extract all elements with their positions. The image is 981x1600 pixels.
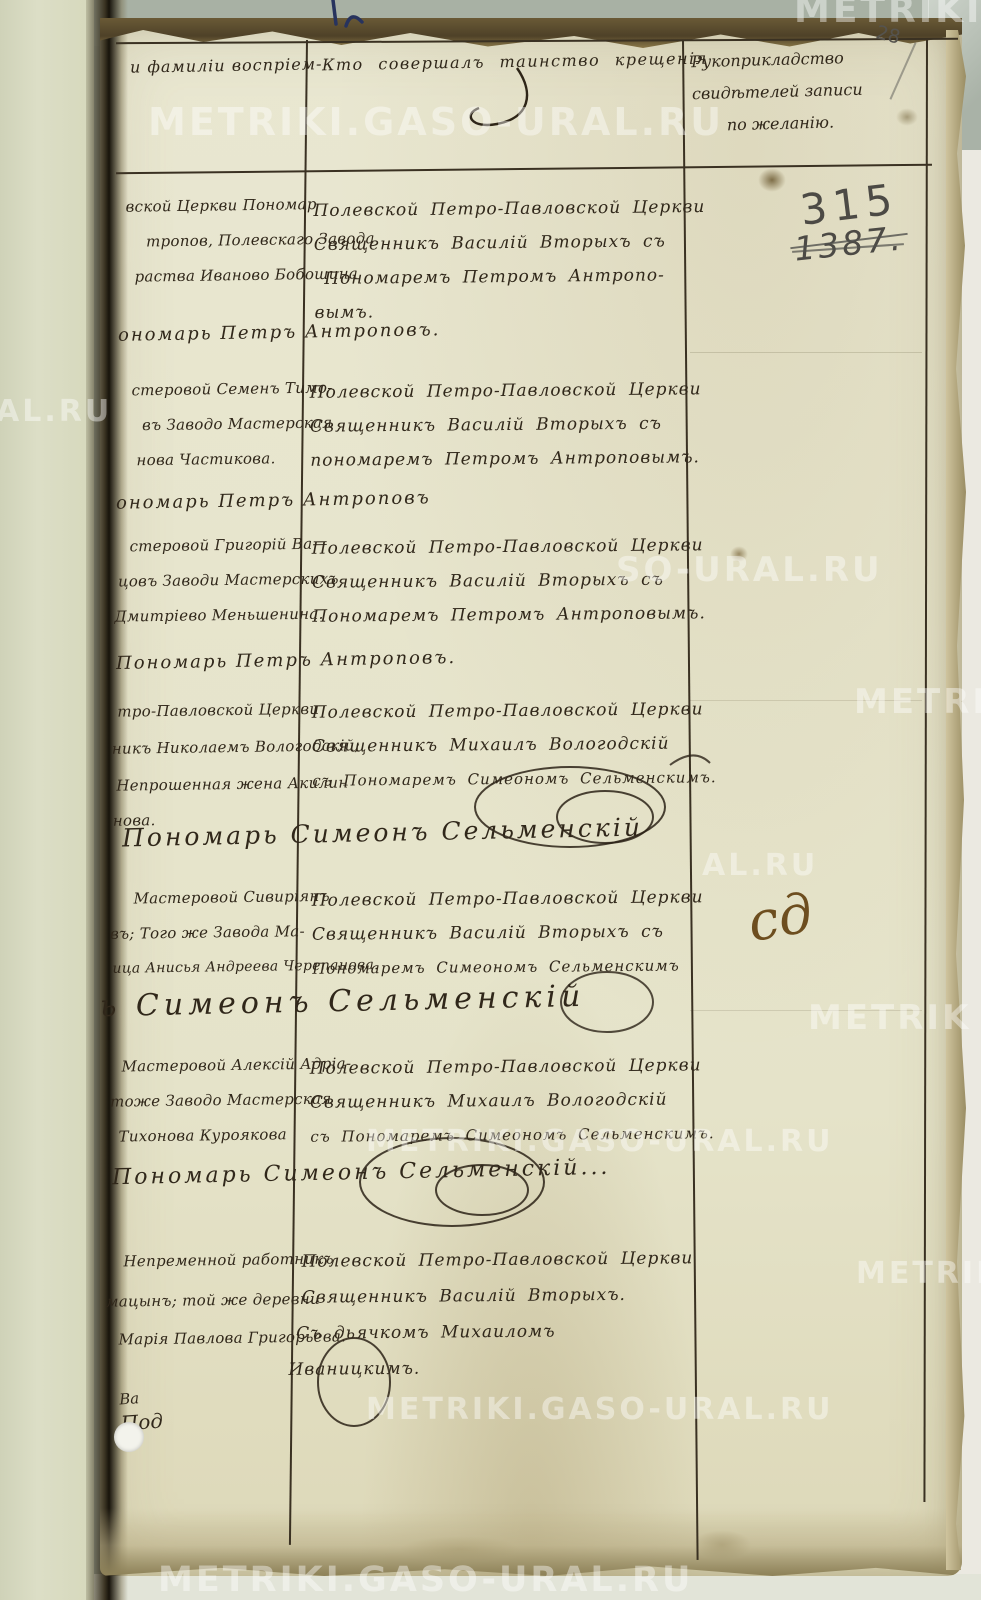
manuscript-line: Священникъ Василій Вторыхъ съ <box>312 914 704 951</box>
manuscript-line: Священникъ Василій Вторыхъ. <box>302 1276 694 1315</box>
manuscript-line: Пономаремъ Петромъ Антроповымъ. <box>312 596 706 633</box>
manuscript-line: Полевской Петро-Павловской Церкви <box>312 880 704 917</box>
watermark: METRIKI.G <box>794 0 981 31</box>
manuscript-line: Священникъ Михаилъ Вологодскій <box>312 726 717 764</box>
record-1-clergy: Полевской Петро-Павловской Церкви Священ… <box>313 190 706 330</box>
manuscript-line: Иваницкимъ. <box>288 1348 694 1388</box>
manuscript-line: въ Заводо Мастерская <box>142 406 334 444</box>
manuscript-line: стеровой Семенъ Тимо- <box>131 371 333 409</box>
blue-pen-mark <box>322 0 372 32</box>
margin-note: сд <box>743 881 817 954</box>
manuscript-line: стеровой Григорій Ва— <box>129 526 338 564</box>
watermark: METRIKI.GASO-URAL.RU <box>366 1124 834 1159</box>
header-col3-line: Рукоприкладство <box>691 42 862 78</box>
manuscript-line: Полевской Петро-Павловской Церкви <box>310 1048 715 1086</box>
watermark: METRIKI <box>854 682 981 722</box>
watermark: METRIK <box>856 1256 981 1291</box>
record-2-godparents: стеровой Семенъ Тимо- въ Заводо Мастерск… <box>119 371 334 479</box>
record-3-godparents: стеровой Григорій Ва— цовъ Заводи Мастер… <box>113 526 339 634</box>
record-2-clergy: Полевской Петро-Павловской Церкви Священ… <box>310 372 703 477</box>
header-col3-line: по желанію. <box>726 106 863 142</box>
manuscript-line: Пономаремъ Петромъ Антропо- <box>324 258 706 296</box>
watermark: METRIKI.GASO-URAL.RU <box>158 1560 693 1600</box>
bleed-through-rule <box>690 352 922 353</box>
manuscript-line: Дмитріево Меньшенина. <box>114 596 339 634</box>
header-col1-godparents: и фамиліи воспріем- <box>130 54 323 76</box>
manuscript-line: нова Частикова. <box>136 441 334 479</box>
catchword-line: Ва <box>118 1385 162 1412</box>
manuscript-line: Полевской Петро-Павловской Церкви <box>310 372 702 409</box>
manuscript-line: цовъ Заводи Мастерскихъ <box>118 561 339 599</box>
stain <box>896 108 918 126</box>
manuscript-line: Съ дьячкомъ Михаиломъ <box>296 1312 694 1351</box>
document-scan: и фамиліи воспріем- Кто совершалъ таинст… <box>0 0 981 1600</box>
watermark: AL.RU <box>702 848 818 883</box>
record-4-clergy: Полевской Петро-Павловской Церкви Священ… <box>312 692 717 798</box>
record-5-clergy: Полевской Петро-Павловской Церкви Священ… <box>312 880 705 985</box>
watermark: METRIKI.GASO-URAL.RU <box>148 100 724 144</box>
facing-page <box>0 0 94 1600</box>
watermark: SO-URAL.RU <box>616 550 883 590</box>
stain <box>758 168 786 192</box>
watermark: AL.RU <box>0 394 112 429</box>
record-7-clergy: Полевской Петро-Павловской Церкви Священ… <box>301 1240 694 1387</box>
manuscript-line: Полевской Петро-Павловской Церкви <box>301 1240 693 1279</box>
manuscript-line: Полевской Петро-Павловской Церкви <box>312 692 717 730</box>
manuscript-line: Полевской Петро-Павловской Церкви <box>313 190 705 228</box>
manuscript-line: съ Пономаремъ Симеономъ Сельменскимъ. <box>312 760 717 798</box>
manuscript-line: пономаремъ Петромъ Антроповымъ. <box>310 440 702 477</box>
manuscript-line: Священникъ Василій Вторыхъ съ <box>314 224 706 262</box>
watermark: METRIK <box>808 998 971 1038</box>
hole-punch <box>114 1422 144 1452</box>
manuscript-line: Священникъ Михаилъ Вологодскій <box>310 1082 715 1120</box>
watermark: METRIKI.GASO-URAL.RU <box>366 1392 834 1427</box>
manuscript-line: Священникъ Василій Вторыхъ съ <box>310 406 702 443</box>
